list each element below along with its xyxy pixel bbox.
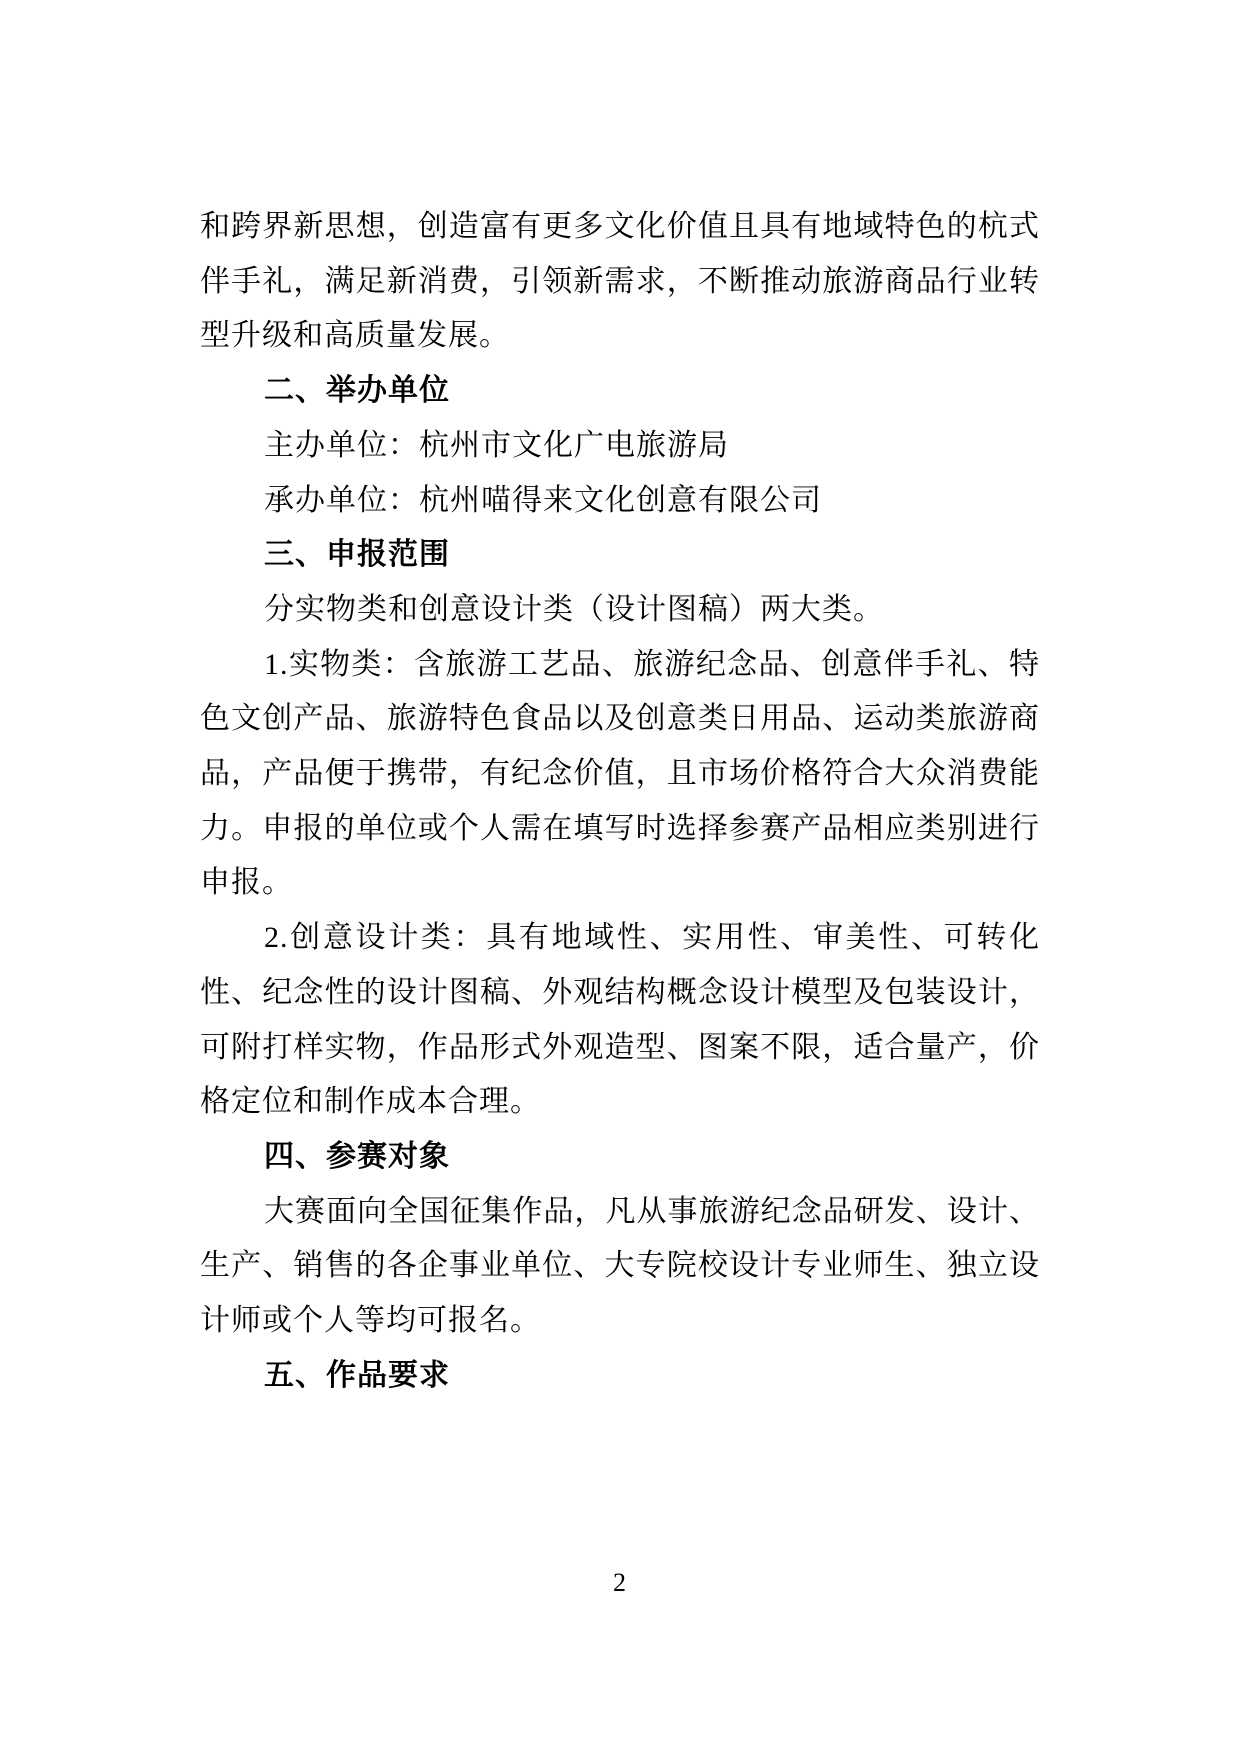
document-page: 和跨界新思想，创造富有更多文化价值且具有地域特色的杭式伴手礼，满足新消费，引领新… (0, 0, 1239, 1754)
body-paragraph: 分实物类和创意设计类（设计图稿）两大类。 (200, 583, 1040, 638)
body-paragraph: 2.创意设计类：具有地域性、实用性、审美性、可转化性、纪念性的设计图稿、外观结构… (200, 911, 1040, 1130)
page-number: 2 (0, 1568, 1239, 1598)
body-paragraph: 承办单位：杭州喵得来文化创意有限公司 (200, 474, 1040, 529)
body-paragraph: 1.实物类：含旅游工艺品、旅游纪念品、创意伴手礼、特色文创产品、旅游特色食品以及… (200, 638, 1040, 912)
section-heading: 三、申报范围 (200, 528, 1040, 583)
section-heading: 五、作品要求 (200, 1349, 1040, 1404)
body-paragraph: 大赛面向全国征集作品，凡从事旅游纪念品研发、设计、生产、销售的各企事业单位、大专… (200, 1185, 1040, 1349)
section-heading: 二、举办单位 (200, 364, 1040, 419)
body-paragraph: 和跨界新思想，创造富有更多文化价值且具有地域特色的杭式伴手礼，满足新消费，引领新… (200, 200, 1040, 364)
section-heading: 四、参赛对象 (200, 1130, 1040, 1185)
document-body: 和跨界新思想，创造富有更多文化价值且具有地域特色的杭式伴手礼，满足新消费，引领新… (200, 200, 1040, 1403)
body-paragraph: 主办单位：杭州市文化广电旅游局 (200, 419, 1040, 474)
